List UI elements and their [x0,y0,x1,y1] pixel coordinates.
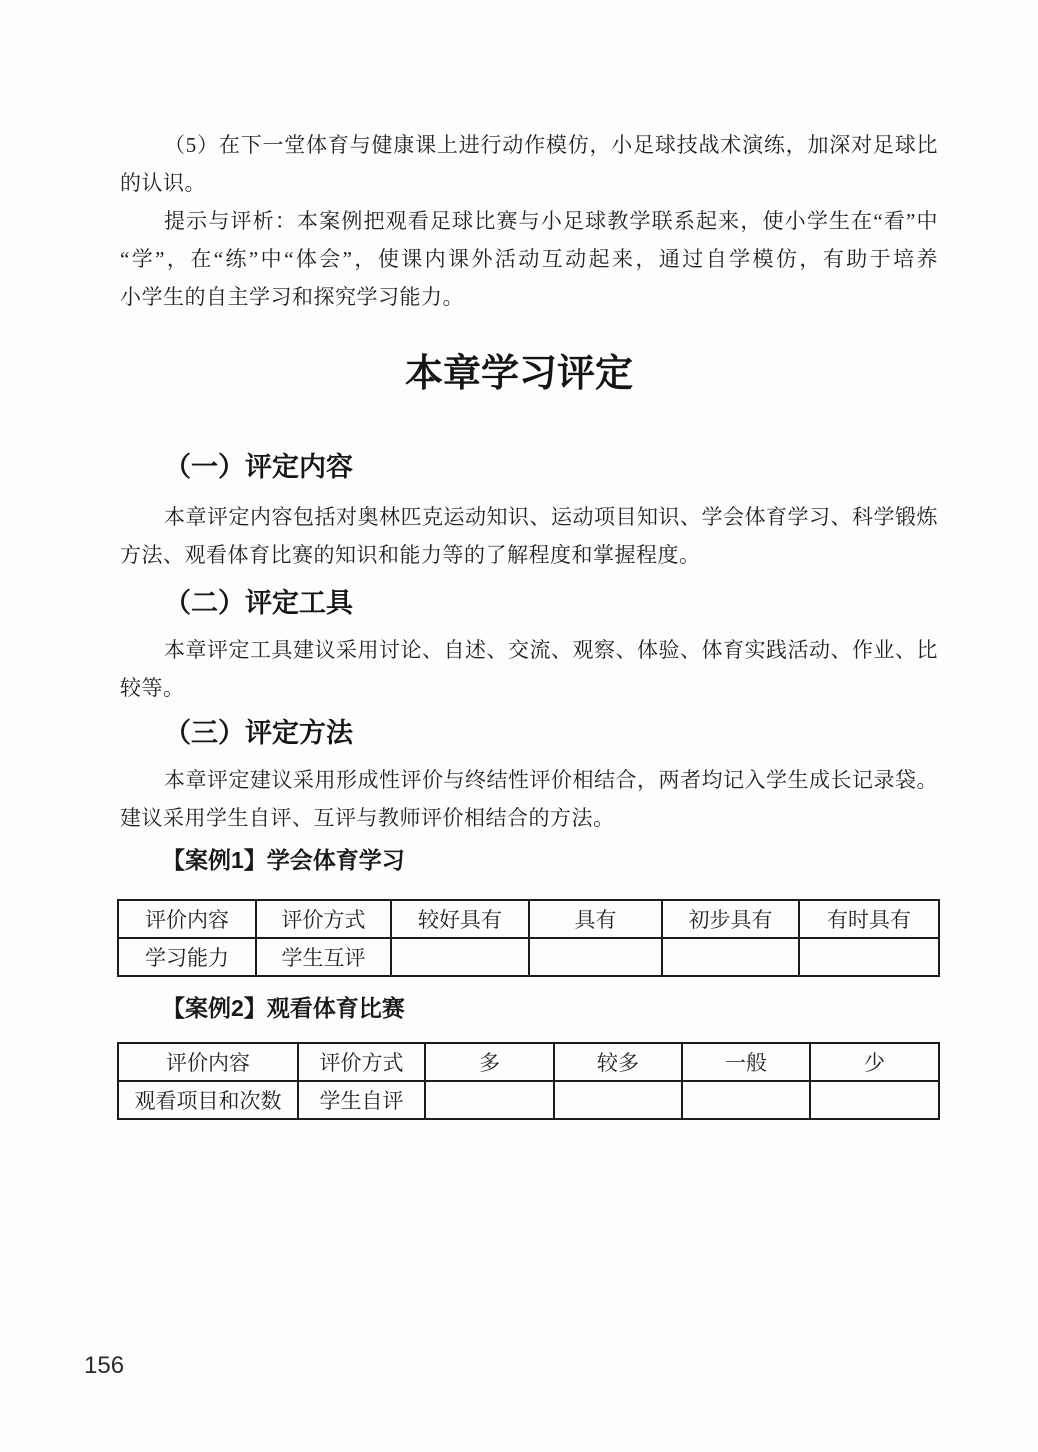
section-heading-3: （三）评定方法 [164,716,353,750]
table-header-cell: 评价内容 [118,900,256,938]
table-header-cell: 有时具有 [799,900,939,938]
table-header-row: 评价内容 评价方式 较好具有 具有 初步具有 有时具有 [118,900,939,938]
table-header-cell: 初步具有 [662,900,799,938]
table-header-row: 评价内容 评价方式 多 较多 一般 少 [118,1043,939,1081]
table-cell: 观看项目和次数 [118,1081,298,1119]
text-line: 较等。 [120,669,938,707]
section-body-3: 本章评定建议采用形成性评价与终结性评价相结合，两者均记入学生成长记录袋。 建议采… [120,761,938,837]
table-header-cell: 具有 [529,900,662,938]
paragraph-commentary: 提示与评析：本案例把观看足球比赛与小足球教学联系起来，使小学生在“看”中 “学”… [120,202,938,316]
case1-table: 评价内容 评价方式 较好具有 具有 初步具有 有时具有 学习能力 学生互评 [117,899,940,977]
section-heading-2: （二）评定工具 [164,586,353,620]
section-body-1: 本章评定内容包括对奥林匹克运动知识、运动项目知识、学会体育学习、科学锻炼 方法、… [120,498,938,574]
text-line: 本章评定工具建议采用讨论、自述、交流、观察、体验、体育实践活动、作业、比 [120,631,938,669]
table-header-cell: 评价方式 [298,1043,425,1081]
page-number: 156 [84,1352,124,1380]
document-page: （5）在下一堂体育与健康课上进行动作模仿，小足球技战术演练，加深对足球比赛 的认… [0,0,1038,1452]
table-cell-empty [425,1081,554,1119]
table-cell: 学习能力 [118,938,256,976]
table-header-cell: 一般 [682,1043,810,1081]
table-header-cell: 评价方式 [256,900,391,938]
text-line: （5）在下一堂体育与健康课上进行动作模仿，小足球技战术演练，加深对足球比赛 [120,126,938,164]
table-cell: 学生自评 [298,1081,425,1119]
text-line: 提示与评析：本案例把观看足球比赛与小足球教学联系起来，使小学生在“看”中 [120,202,938,240]
chapter-title: 本章学习评定 [0,350,1038,398]
text-line: “学”，在“练”中“体会”，使课内课外活动互动起来，通过自学模仿，有助于培养 [120,240,938,278]
table-cell-empty [662,938,799,976]
text-line: 本章评定内容包括对奥林匹克运动知识、运动项目知识、学会体育学习、科学锻炼 [120,498,938,536]
text-line: 方法、观看体育比赛的知识和能力等的了解程度和掌握程度。 [120,536,938,574]
table-cell-empty [391,938,529,976]
paragraph-step5: （5）在下一堂体育与健康课上进行动作模仿，小足球技战术演练，加深对足球比赛 的认… [120,126,938,202]
text-line: 建议采用学生自评、互评与教师评价相结合的方法。 [120,799,938,837]
section-body-2: 本章评定工具建议采用讨论、自述、交流、观察、体验、体育实践活动、作业、比 较等。 [120,631,938,707]
table-cell: 学生互评 [256,938,391,976]
table-cell-empty [682,1081,810,1119]
text-line: 小学生的自主学习和探究学习能力。 [120,278,938,316]
table-row: 观看项目和次数 学生自评 [118,1081,939,1119]
text-line: 本章评定建议采用形成性评价与终结性评价相结合，两者均记入学生成长记录袋。 [120,761,938,799]
table-cell-empty [799,938,939,976]
table-header-cell: 少 [810,1043,939,1081]
case2-heading: 【案例2】观看体育比赛 [162,992,405,1024]
table-cell-empty [554,1081,682,1119]
case2-table: 评价内容 评价方式 多 较多 一般 少 观看项目和次数 学生自评 [117,1042,940,1120]
table-row: 学习能力 学生互评 [118,938,939,976]
section-heading-1: （一）评定内容 [164,450,353,484]
table-header-cell: 多 [425,1043,554,1081]
text-line: 的认识。 [120,164,938,202]
table-cell-empty [810,1081,939,1119]
table-header-cell: 较多 [554,1043,682,1081]
table-header-cell: 评价内容 [118,1043,298,1081]
table-cell-empty [529,938,662,976]
table-header-cell: 较好具有 [391,900,529,938]
case1-heading: 【案例1】学会体育学习 [162,844,405,876]
